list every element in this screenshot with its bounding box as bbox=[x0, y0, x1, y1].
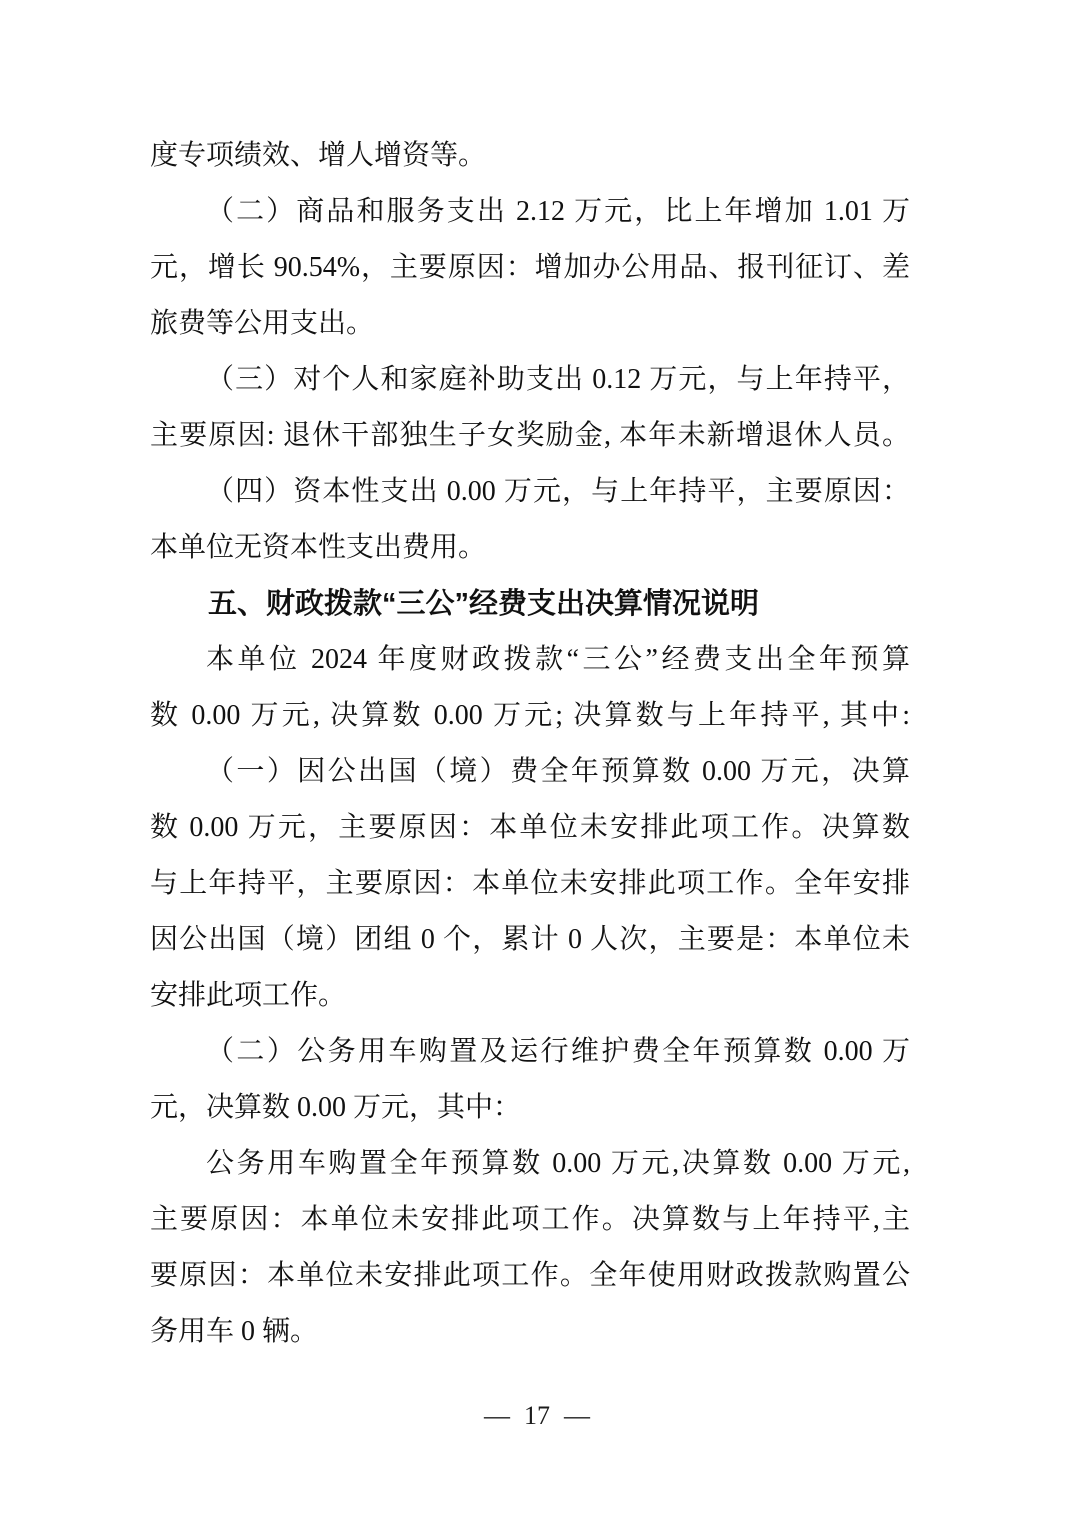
text-line: 与上年持平，主要原因：本单位未安排此项工作。全年安排 bbox=[150, 856, 910, 912]
page-footer: —17— bbox=[0, 1396, 1074, 1436]
text-line: 要原因：本单位未安排此项工作。全年使用财政拨款购置公 bbox=[150, 1248, 910, 1304]
text-line: 主要原因：本单位未安排此项工作。决算数与上年持平,主 bbox=[150, 1192, 910, 1248]
text-line: 数 0.00 万元, 决算数 0.00 万元; 决算数与上年持平, 其中: bbox=[150, 688, 910, 744]
page-number: 17 bbox=[524, 1401, 550, 1430]
text-line: 因公出国（境）团组 0 个，累计 0 人次，主要是：本单位未 bbox=[150, 912, 910, 968]
footer-dash-right: — bbox=[564, 1401, 590, 1430]
text-line: 公务用车购置全年预算数 0.00 万元,决算数 0.00 万元, bbox=[150, 1136, 910, 1192]
text-line: （二）商品和服务支出 2.12 万元，比上年增加 1.01 万 bbox=[150, 184, 910, 240]
text-line: 主要原因: 退休干部独生子女奖励金, 本年未新增退休人员。 bbox=[150, 408, 910, 464]
section-heading: 五、财政拨款“三公”经费支出决算情况说明 bbox=[150, 576, 910, 632]
text-line: （一）因公出国（境）费全年预算数 0.00 万元，决算 bbox=[150, 744, 910, 800]
text-line: （四）资本性支出 0.00 万元，与上年持平，主要原因： bbox=[150, 464, 910, 520]
text-line: （三）对个人和家庭补助支出 0.12 万元，与上年持平， bbox=[150, 352, 910, 408]
text-line: 旅费等公用支出。 bbox=[150, 296, 910, 352]
text-line: 务用车 0 辆。 bbox=[150, 1304, 910, 1360]
text-line: 元，增长 90.54%，主要原因：增加办公用品、报刊征订、差 bbox=[150, 240, 910, 296]
text-line: （二）公务用车购置及运行维护费全年预算数 0.00 万 bbox=[150, 1024, 910, 1080]
text-line: 元，决算数 0.00 万元，其中： bbox=[150, 1080, 910, 1136]
text-line: 安排此项工作。 bbox=[150, 968, 910, 1024]
text-line: 本单位无资本性支出费用。 bbox=[150, 520, 910, 576]
text-line: 本单位 2024 年度财政拨款“三公”经费支出全年预算 bbox=[150, 632, 910, 688]
text-line: 度专项绩效、增人增资等。 bbox=[150, 128, 910, 184]
footer-dash-left: — bbox=[484, 1401, 510, 1430]
document-body: 度专项绩效、增人增资等。（二）商品和服务支出 2.12 万元，比上年增加 1.0… bbox=[150, 128, 910, 1360]
text-line: 数 0.00 万元，主要原因：本单位未安排此项工作。决算数 bbox=[150, 800, 910, 856]
